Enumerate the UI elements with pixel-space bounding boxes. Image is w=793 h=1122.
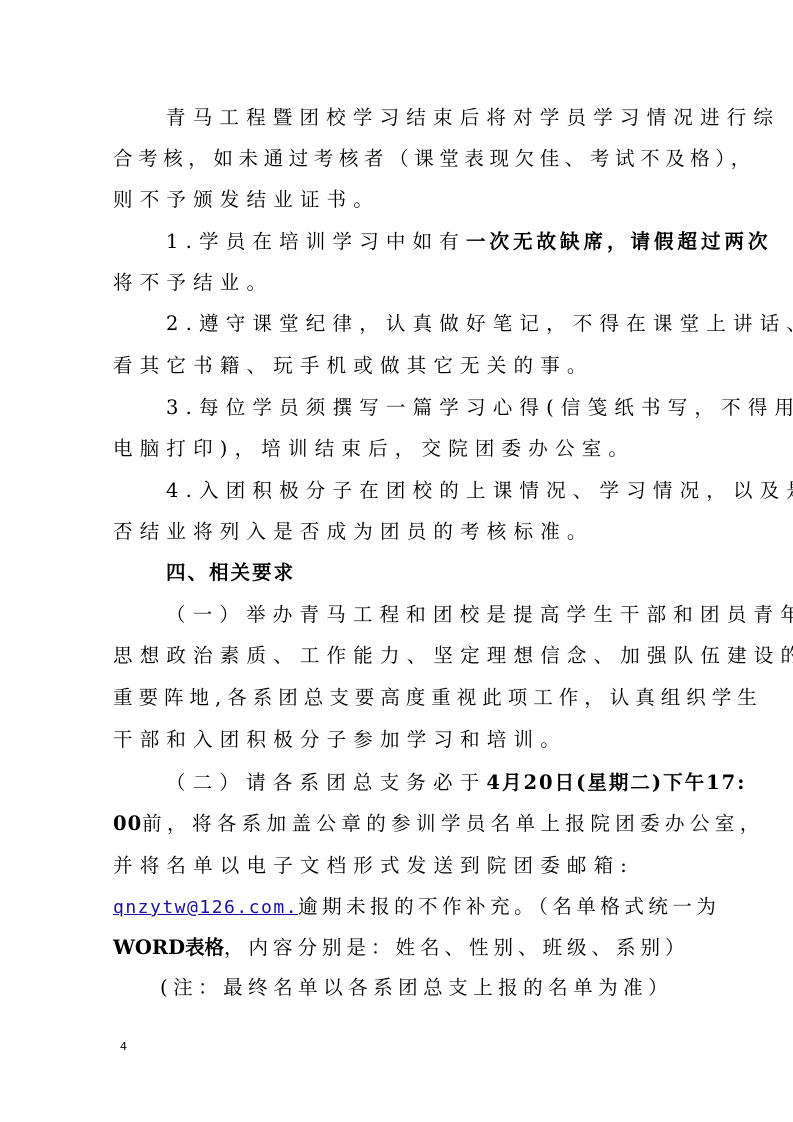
document-page: 青马工程暨团校学习结束后将对学员学习情况进行综 合考核，如未通过考核者（课堂表现… [0, 0, 793, 1122]
section-heading: 四、相关要求 [166, 559, 746, 587]
paragraph-line: 00前，将各系加盖公章的参训学员名单上报院团委办公室， [113, 810, 693, 838]
paragraph-line: qnzytw@126.com.逾期未报的不作补充。（名单格式统一为 [113, 893, 693, 921]
list-item-text: 1.学员在培训学习中如有 [166, 230, 466, 253]
paragraph-line: WORD表格，内容分别是：姓名、性别、班级、系别） [113, 934, 693, 962]
paragraph-text: 前，将各系加盖公章的参训学员名单上报院团委办公室， [142, 812, 765, 835]
paragraph-line: 看其它书籍、玩手机或做其它无关的事。 [113, 352, 693, 380]
list-item-4: 4.入团积极分子在团校的上课情况、学习情况，以及是 [166, 477, 746, 505]
list-item-3: 3.每位学员须撰写一篇学习心得(信笺纸书写，不得用 [166, 394, 746, 422]
paragraph-line: 合考核，如未通过考核者（课堂表现欠佳、考试不及格）， [113, 145, 693, 173]
paragraph-line: 思想政治素质、工作能力、坚定理想信念、加强队伍建设的 [113, 642, 693, 670]
paragraph-line: 将不予结业。 [113, 269, 693, 297]
paragraph-line: 干部和入团积极分子参加学习和培训。 [113, 726, 693, 754]
emphasis-text: 一次无故缺席，请假超过两次 [466, 230, 772, 253]
list-item-2: 2.遵守课堂纪律，认真做好笔记，不得在课堂上讲话、 [166, 310, 746, 338]
list-item-1: 1.学员在培训学习中如有一次无故缺席，请假超过两次 [166, 228, 746, 256]
requirement-2: （二）请各系团总支务必于4月20日(星期二)下午17: [166, 769, 746, 797]
paragraph-line: 并将名单以电子文档形式发送到院团委邮箱: [113, 852, 693, 880]
paragraph-line: 否结业将列入是否成为团员的考核标准。 [113, 518, 693, 546]
paragraph-line: 电脑打印)，培训结束后，交院团委办公室。 [113, 435, 693, 463]
deadline-text: 00 [113, 812, 142, 835]
email-link[interactable]: qnzytw@126.com. [113, 897, 298, 918]
paragraph-line: 青马工程暨团校学习结束后将对学员学习情况进行综 [166, 104, 746, 132]
note-text: (注：最终名单以各系团总支上报的名单为准） [160, 974, 740, 1002]
paragraph-line: 重要阵地,各系团总支要高度重视此项工作，认真组织学生 [113, 684, 693, 712]
paragraph-text: ，内容分别是：姓名、性别、班级、系别） [224, 936, 690, 959]
requirement-text: （二）请各系团总支务必于 [166, 771, 486, 794]
requirement-1: （一）举办青马工程和团校是提高学生干部和团员青年 [166, 601, 746, 629]
paragraph-line: 则不予颁发结业证书。 [113, 186, 693, 214]
deadline-text: 4月20日(星期二)下午17: [486, 771, 746, 794]
page-number: 4 [120, 1040, 127, 1053]
format-text: WORD表格 [113, 936, 224, 959]
paragraph-text: 逾期未报的不作补充。（名单格式统一为 [298, 895, 720, 918]
